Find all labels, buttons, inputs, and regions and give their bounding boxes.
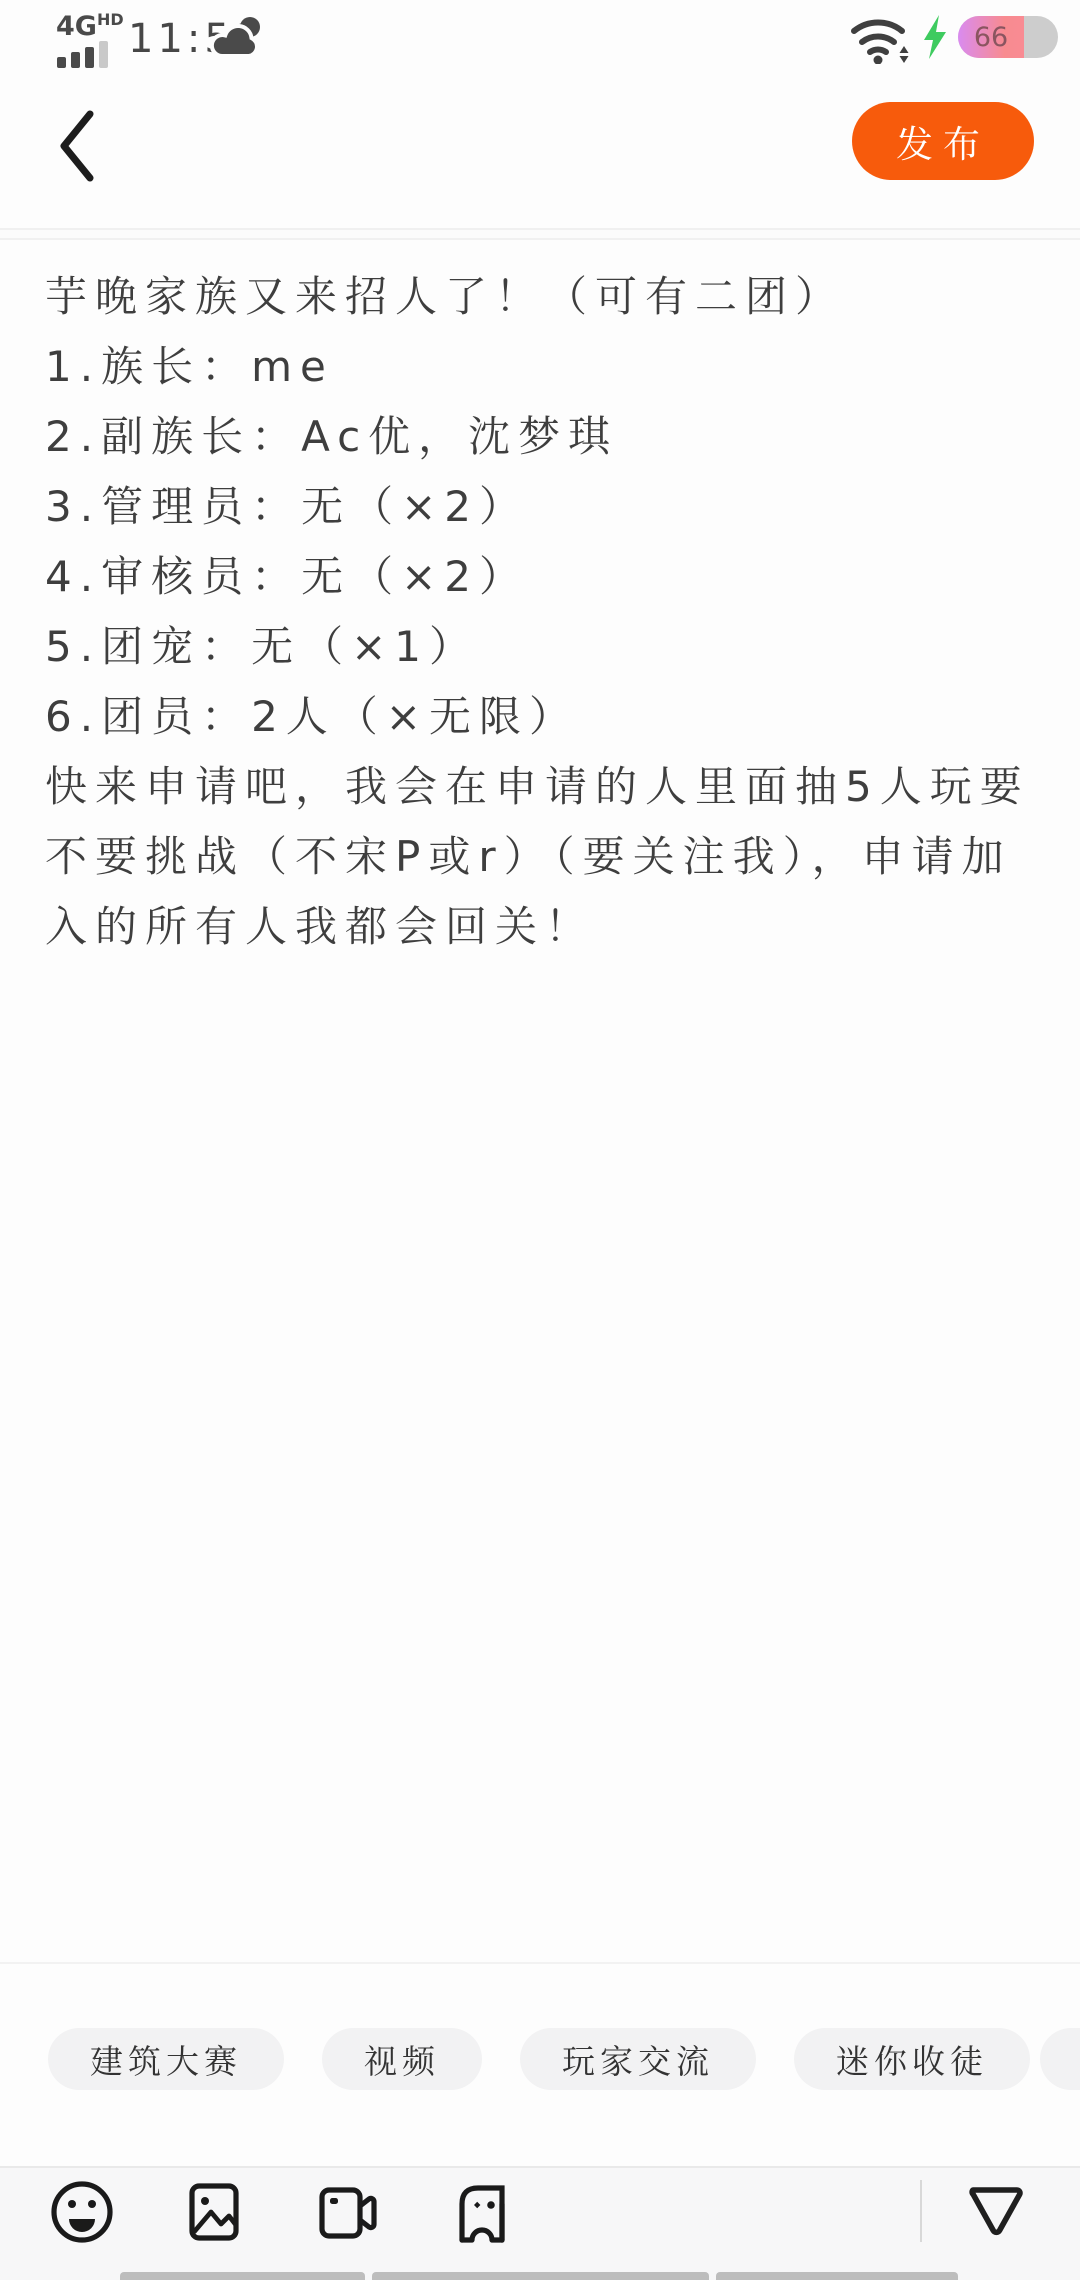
post-text-line: 芋晚家族又来招人了！（可有二团） [45,262,1035,332]
post-text-line: 3.管理员：无（×2） [45,472,1035,542]
cloud-weather-icon [208,14,266,60]
toolbar-divider [920,2180,922,2242]
video-icon [312,2178,380,2246]
tag-chip[interactable]: 视频 [322,2028,482,2090]
post-editor[interactable]: 芋晚家族又来招人了！（可有二团） 1.族长：me 2.副族长：Ac优，沈梦琪 3… [45,262,1035,962]
add-video-button[interactable] [312,2178,380,2246]
tag-row: 建筑大赛 视频 玩家交流 迷你收徒 [48,2028,1080,2090]
post-text-line: 2.副族长：Ac优，沈梦琪 [45,402,1035,472]
publish-button[interactable]: 发布 [852,102,1034,180]
charging-bolt-icon [920,14,950,60]
network-type-text: 4G [56,11,97,42]
tags-divider [0,1962,1080,1964]
game-controller-icon [448,2178,516,2246]
back-chevron-icon [48,108,108,184]
post-text-line: 1.族长：me [45,332,1035,402]
keyboard-collapse-button[interactable] [964,2182,1026,2240]
tag-chip[interactable]: 建筑大赛 [48,2028,284,2090]
keyboard-edge-bar [372,2272,709,2280]
emoji-button[interactable] [48,2178,116,2246]
post-text-line: 快来申请吧，我会在申请的人里面抽5人玩要不要挑战（不宋P或r）（要关注我），申请… [45,752,1035,962]
add-game-button[interactable] [448,2178,516,2246]
image-icon [180,2178,248,2246]
post-text-line: 4.审核员：无（×2） [45,542,1035,612]
emoji-icon [48,2178,116,2246]
battery-icon: 66 [958,16,1058,58]
tag-chip[interactable]: 玩家交流 [520,2028,756,2090]
keyboard-collapse-icon [964,2182,1026,2240]
post-text-line: 5.团宠：无（×1） [45,612,1035,682]
post-text-line: 6.团员：2人（×无限） [45,682,1035,752]
tag-chip[interactable]: 迷你收徒 [794,2028,1030,2090]
header-divider [0,228,1080,240]
signal-bars-icon [57,40,113,68]
wifi-icon [850,16,912,64]
battery-percent: 66 [958,16,1024,58]
editor-toolbar [0,2166,1080,2280]
header: 发布 [0,90,1080,228]
add-image-button[interactable] [180,2178,248,2246]
keyboard-edge-bar [120,2272,365,2280]
network-hd-badge: HD [97,10,124,29]
keyboard-edge-bar [716,2272,958,2280]
status-bar: 4GHD 11:51 66 [0,0,1080,80]
network-type-label: 4GHD [56,10,124,42]
back-button[interactable] [48,108,108,184]
